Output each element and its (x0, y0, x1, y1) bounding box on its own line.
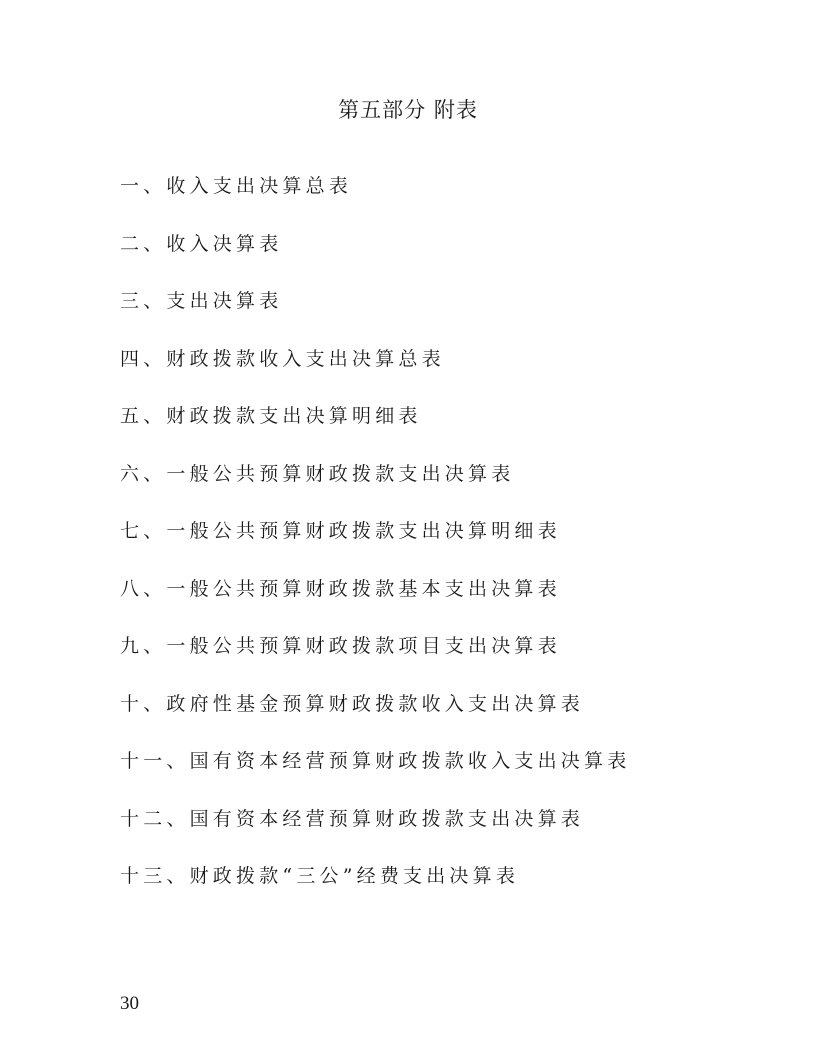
list-item-5: 五、财政拨款支出决算明细表 (120, 402, 630, 460)
list-item-9: 九、一般公共预算财政拨款项目支出决算表 (120, 632, 630, 690)
list-item-8: 八、一般公共预算财政拨款基本支出决算表 (120, 575, 630, 633)
list-item-4: 四、财政拨款收入支出决算总表 (120, 345, 630, 403)
list-item-6: 六、一般公共预算财政拨款支出决算表 (120, 460, 630, 518)
list-item-11: 十一、国有资本经营预算财政拨款收入支出决算表 (120, 747, 630, 805)
list-item-12: 十二、国有资本经营预算财政拨款支出决算表 (120, 805, 630, 863)
list-item-10: 十、政府性基金预算财政拨款收入支出决算表 (120, 690, 630, 748)
list-item-13: 十三、财政拨款“三公”经费支出决算表 (120, 862, 630, 920)
list-item-1: 一、收入支出决算总表 (120, 172, 630, 230)
appendix-table-list: 一、收入支出决算总表 二、收入决算表 三、支出决算表 四、财政拨款收入支出决算总… (120, 172, 630, 920)
list-item-3: 三、支出决算表 (120, 287, 630, 345)
list-item-7: 七、一般公共预算财政拨款支出决算明细表 (120, 517, 630, 575)
list-item-2: 二、收入决算表 (120, 230, 630, 288)
page-number: 30 (120, 992, 139, 1016)
page-title: 第五部分 附表 (0, 96, 816, 124)
